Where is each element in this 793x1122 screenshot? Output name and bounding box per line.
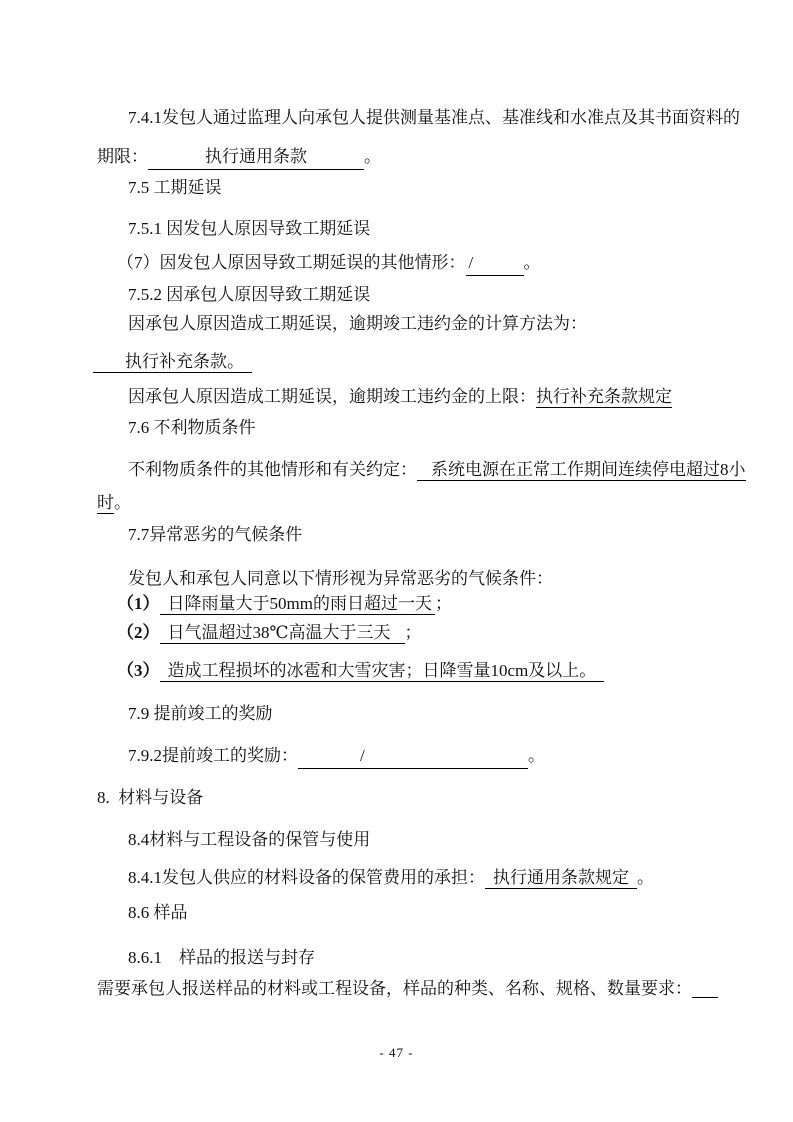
page-number: - 47 -	[0, 1045, 793, 1061]
punctuation: 。	[637, 868, 654, 887]
heading-text: 7.7异常恶劣的气候条件	[128, 525, 302, 544]
underlined-value: 时	[97, 493, 114, 514]
punctuation: 。	[114, 493, 131, 512]
list-marker: （2）	[117, 623, 160, 642]
clause-7-4-1-deadline: 期限：执行通用条款。	[97, 146, 381, 170]
clause-7-9-2: 7.9.2提前竣工的奖励：/。	[128, 745, 545, 769]
clause-7-6-text-cont: 时。	[97, 492, 131, 514]
clause-7-5-2-text: 因承包人原因造成工期延误，逾期竣工违约金的计算方法为：	[128, 313, 587, 335]
heading-8: 8. 材料与设备	[97, 787, 203, 809]
heading-text: 8.6.1 样品的报送与封存	[128, 948, 315, 967]
heading-text: 8. 材料与设备	[97, 788, 203, 807]
clause-7-6-text: 不利物质条件的其他情形和有关约定：系统电源在正常工作期间连续停电超过8小	[128, 459, 746, 481]
clause-7-4-1-text: 7.4.1发包人通过监理人向承包人提供测量基准点、基准线和水准点及其书面资料的	[128, 107, 740, 129]
clause-7-7-item-3: （3）造成工程损坏的冰雹和大雪灾害；日降雪量10cm及以上。	[117, 660, 604, 682]
heading-text: 8.4材料与工程设备的保管与使用	[128, 830, 370, 849]
clause-text: 因承包人原因造成工期延误，逾期竣工违约金的上限：	[128, 387, 536, 406]
underlined-value: 日气温超过38℃高温大于三天	[160, 623, 405, 644]
fill-blank: 执行通用条款	[148, 146, 364, 170]
clause-text: 7.4.1发包人通过监理人向承包人提供测量基准点、基准线和水准点及其书面资料的	[128, 108, 740, 127]
heading-7-5-1: 7.5.1 因发包人原因导致工期延误	[128, 218, 370, 240]
heading-7-9: 7.9 提前竣工的奖励	[128, 703, 273, 725]
list-marker: （1）	[117, 594, 160, 613]
heading-text: 7.5 工期延误	[128, 178, 222, 197]
underlined-value: 执行补充条款。	[93, 352, 252, 373]
heading-8-6: 8.6 样品	[128, 902, 188, 924]
underlined-value: 日降雨量大于50mm的雨日超过一天	[160, 594, 435, 615]
clause-7-5-2-limit: 因承包人原因造成工期延误，逾期竣工违约金的上限：执行补充条款规定	[128, 386, 672, 408]
fill-blank: /	[466, 252, 524, 276]
clause-7-7-intro: 发包人和承包人同意以下情形视为异常恶劣的气候条件：	[128, 568, 553, 590]
heading-7-6: 7.6 不利物质条件	[128, 417, 256, 439]
punctuation: ；	[435, 594, 452, 613]
clause-7-7-item-2: （2）日气温超过38℃高温大于三天；	[117, 622, 422, 644]
heading-text: 7.9 提前竣工的奖励	[128, 704, 273, 723]
clause-8-4-1: 8.4.1发包人供应的材料设备的保管费用的承担：执行通用条款规定。	[128, 867, 654, 889]
punctuation: 。	[524, 253, 541, 272]
clause-text: 8.4.1发包人供应的材料设备的保管费用的承担：	[128, 868, 485, 887]
clause-7-5-2-answer: 执行补充条款。	[93, 351, 252, 373]
heading-7-5: 7.5 工期延误	[128, 177, 222, 199]
clause-7-7-item-1: （1）日降雨量大于50mm的雨日超过一天；	[117, 593, 452, 615]
underlined-value: 执行通用条款规定	[485, 868, 637, 889]
clause-text: 发包人和承包人同意以下情形视为异常恶劣的气候条件：	[128, 569, 553, 588]
clause-8-6-1-text: 需要承包人报送样品的材料或工程设备，样品的种类、名称、规格、数量要求：	[97, 978, 718, 1000]
punctuation: 。	[528, 746, 545, 765]
underlined-value: 系统电源在正常工作期间连续停电超过8小	[417, 460, 746, 481]
heading-7-7: 7.7异常恶劣的气候条件	[128, 524, 302, 546]
heading-8-4: 8.4材料与工程设备的保管与使用	[128, 829, 370, 851]
clause-text: 期限：	[97, 147, 148, 166]
clause-text: （7）因发包人原因导致工期延误的其他情形：	[117, 253, 466, 272]
heading-text: 7.6 不利物质条件	[128, 418, 256, 437]
heading-text: 8.6 样品	[128, 903, 188, 922]
heading-7-5-2: 7.5.2 因承包人原因导致工期延误	[128, 284, 370, 306]
fill-blank: /	[298, 745, 528, 769]
clause-text: 7.9.2提前竣工的奖励：	[128, 746, 298, 765]
clause-7-5-1-item-7: （7）因发包人原因导致工期延误的其他情形：/。	[117, 252, 541, 276]
clause-text: 因承包人原因造成工期延误，逾期竣工违约金的计算方法为：	[128, 314, 587, 333]
underlined-value: 造成工程损坏的冰雹和大雪灾害；日降雪量10cm及以上。	[160, 661, 605, 682]
punctuation: 。	[364, 147, 381, 166]
clause-text: 需要承包人报送样品的材料或工程设备，样品的种类、名称、规格、数量要求：	[97, 979, 692, 998]
list-marker: （3）	[117, 661, 160, 680]
heading-text: 7.5.1 因发包人原因导致工期延误	[128, 219, 370, 238]
clause-text: 不利物质条件的其他情形和有关约定：	[128, 460, 417, 479]
heading-text: 7.5.2 因承包人原因导致工期延误	[128, 285, 370, 304]
punctuation: ；	[405, 623, 422, 642]
heading-8-6-1: 8.6.1 样品的报送与封存	[128, 947, 315, 969]
underlined-value: 执行补充条款规定	[536, 387, 672, 408]
document-page: 7.4.1发包人通过监理人向承包人提供测量基准点、基准线和水准点及其书面资料的 …	[0, 0, 793, 1122]
fill-blank	[692, 996, 718, 998]
